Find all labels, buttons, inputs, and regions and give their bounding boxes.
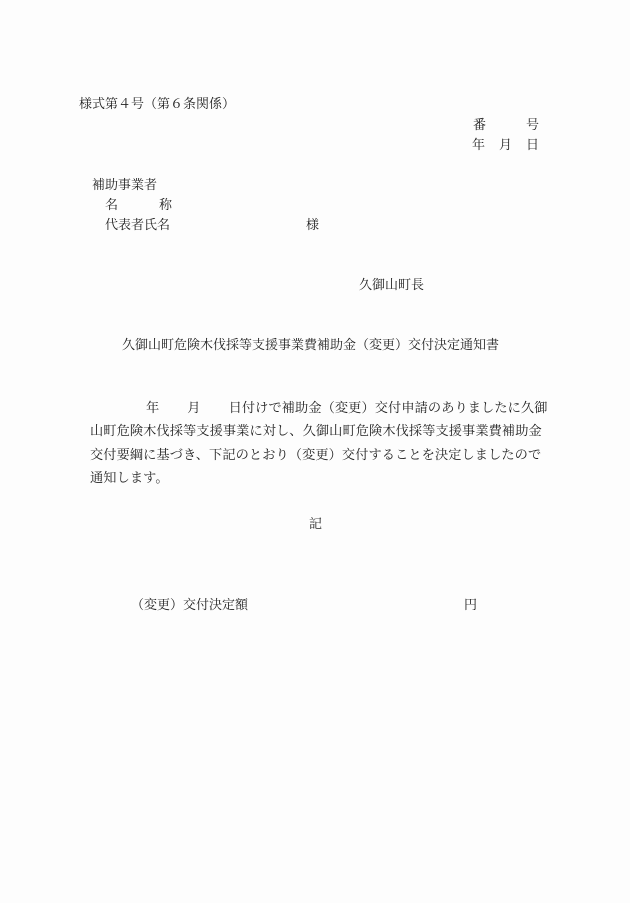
body-line-4: 通知します。: [90, 467, 555, 490]
recipient-name-label-2: 称: [159, 199, 172, 212]
form-number: 様式第４号（第６条関係）: [79, 98, 235, 111]
recipient-heading: 補助事業者: [92, 179, 157, 192]
note-heading: 記: [309, 518, 322, 531]
body-line-1-text: 日付けで補助金（変更）交付申請のありましたに久御: [229, 397, 548, 420]
honorific: 様: [306, 219, 319, 232]
body-paragraph: 年月日付けで補助金（変更）交付申請のありましたに久御 山町危険木伐採等支援事業に…: [90, 397, 555, 490]
amount-unit: 円: [464, 599, 477, 612]
body-line-2: 山町危険木伐採等支援事業に対し、久御山町危険木伐採等支援事業費補助金: [90, 420, 555, 443]
date-month-label: 月: [499, 139, 512, 152]
issuer: 久御山町長: [359, 279, 424, 292]
body-date-month: 月: [187, 397, 200, 420]
body-date-year: 年: [146, 397, 159, 420]
recipient-name-label-1: 名: [105, 199, 118, 212]
document-title: 久御山町危険木伐採等支援事業費補助金（変更）交付決定通知書: [122, 339, 499, 352]
body-line-1: 年月日付けで補助金（変更）交付申請のありましたに久御: [90, 397, 555, 420]
body-line-3: 交付要綱に基づき、下記のとおり（変更）交付することを決定しましたので: [90, 444, 555, 467]
document-number-suffix: 号: [526, 119, 539, 132]
amount-label: （変更）交付決定額: [131, 599, 248, 612]
document-number-label: 番: [473, 119, 486, 132]
date-day-label: 日: [526, 139, 539, 152]
date-year-label: 年: [472, 139, 485, 152]
representative-label: 代表者氏名: [105, 219, 170, 232]
